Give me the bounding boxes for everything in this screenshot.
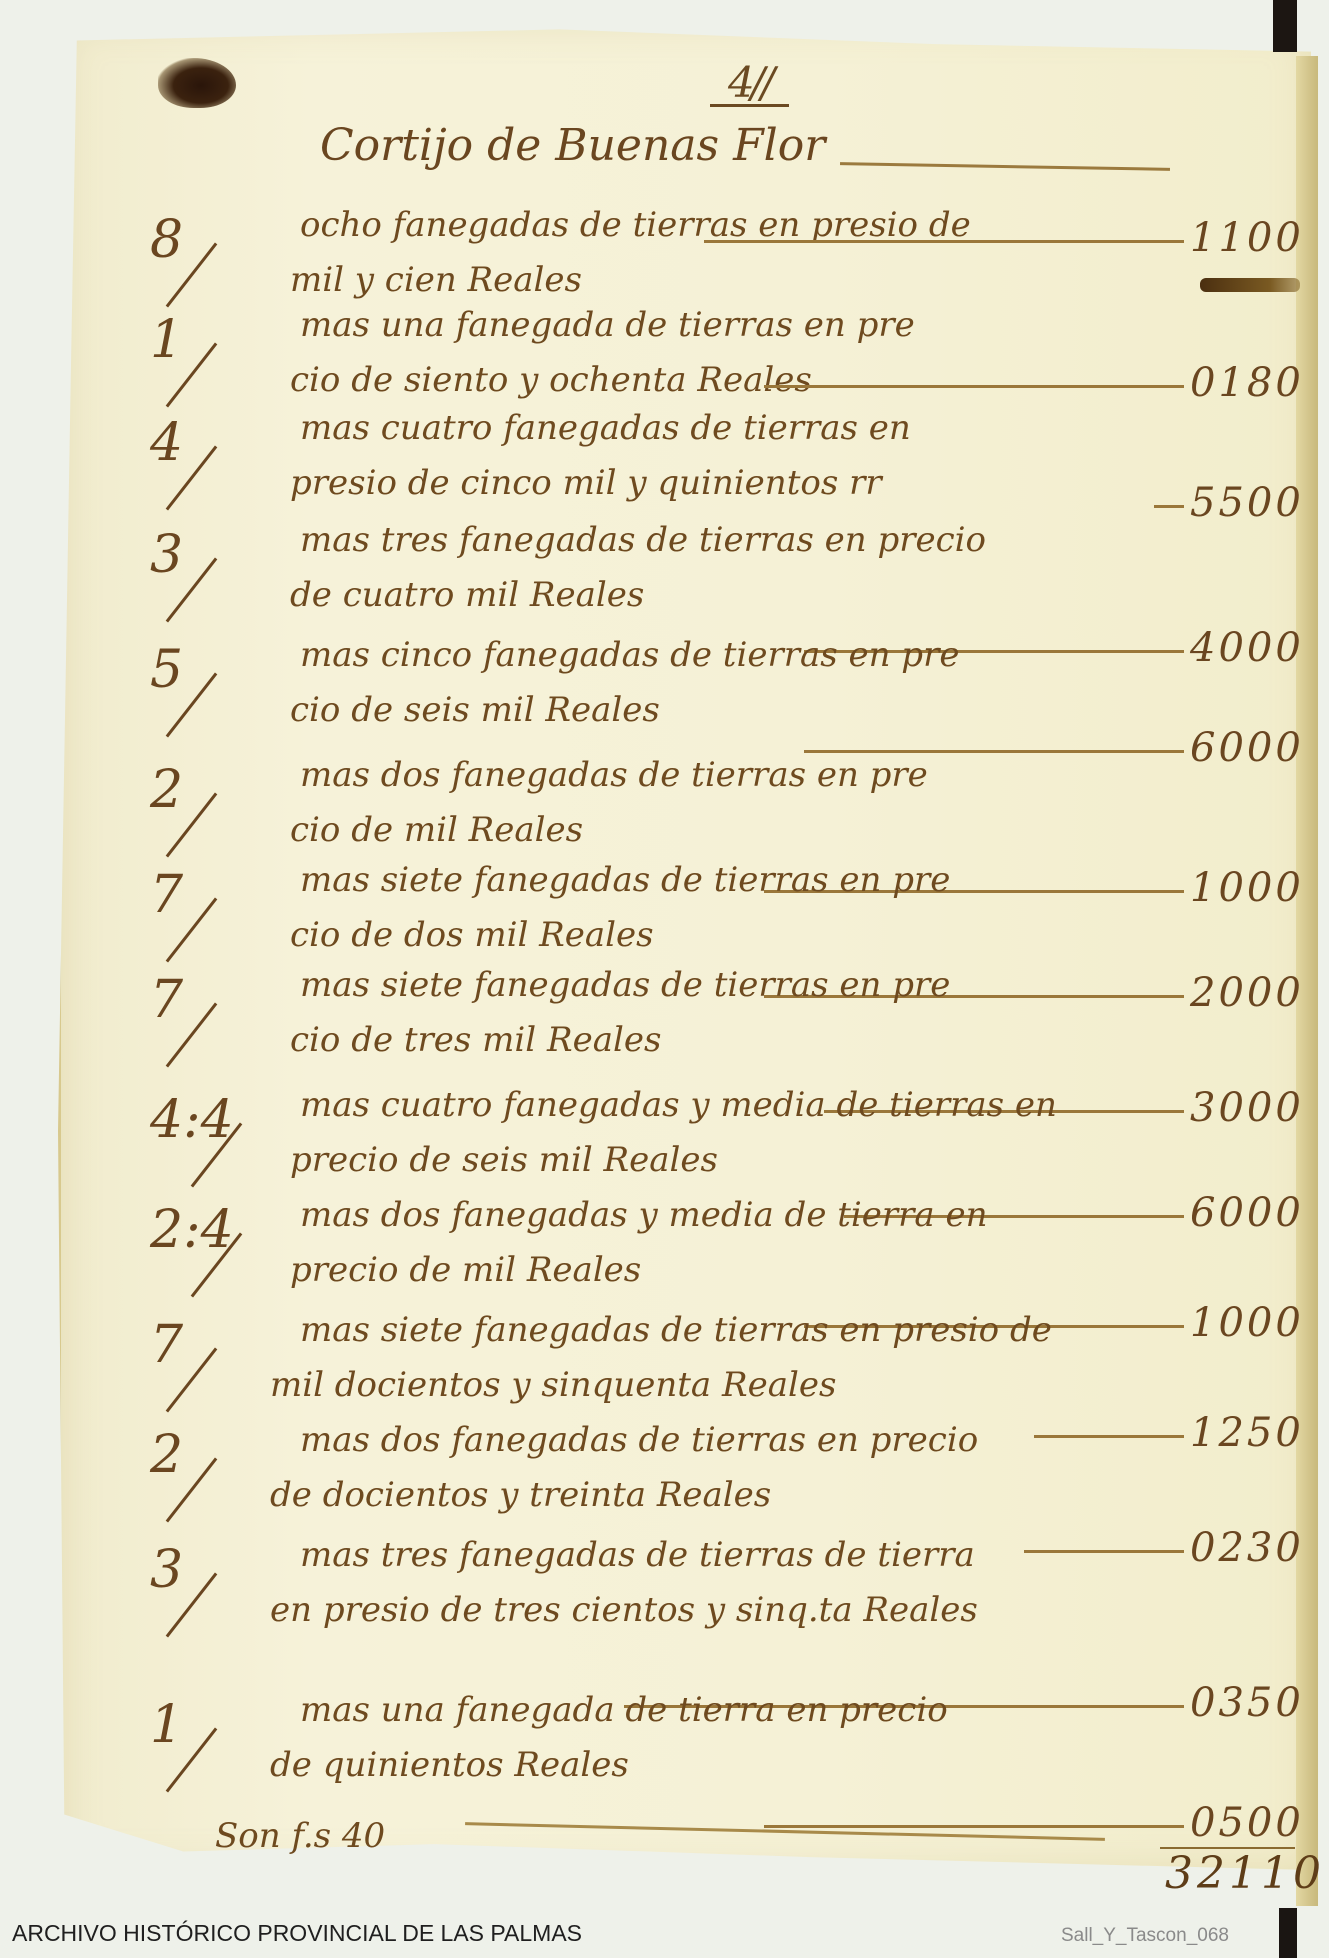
entry-amount: 0500 xyxy=(1190,1800,1304,1846)
entry-amount: 6000 xyxy=(1190,725,1304,771)
quantity: 5 xyxy=(150,640,260,700)
entry-amount: 2000 xyxy=(1190,970,1304,1016)
entry-line-1: mas cuatro fanegadas y media de tierras … xyxy=(300,1085,1057,1125)
entry-amount: 4000 xyxy=(1190,625,1304,671)
entry-line-2: de docientos y treinta Reales xyxy=(270,1475,771,1515)
entry-line-1: mas dos fanegadas de tierras en precio xyxy=(300,1420,978,1460)
struck-out-amount xyxy=(1200,278,1300,292)
entry-amount: 6000 xyxy=(1190,1190,1304,1236)
entry-amount: 1100 xyxy=(1190,215,1304,261)
entry-line-2: cio de tres mil Reales xyxy=(290,1020,661,1060)
archive-name: ARCHIVO HISTÓRICO PROVINCIAL DE LAS PALM… xyxy=(12,1920,582,1947)
entry-line-2: precio de mil Reales xyxy=(290,1250,641,1290)
entry-line-1: mas siete fanegadas de tierras en presio… xyxy=(300,1310,1052,1350)
quantity: 1 xyxy=(150,310,260,370)
quantity: 3 xyxy=(150,525,260,585)
entry-leader-line xyxy=(1154,505,1184,508)
entry-leader-line xyxy=(704,240,1184,243)
entry-line-2: de quinientos Reales xyxy=(270,1745,629,1785)
entry-line-2: mil docientos y sinquenta Reales xyxy=(270,1365,836,1405)
quantity: 2 xyxy=(150,760,260,820)
entry-amount: 1000 xyxy=(1190,1300,1304,1346)
entry-line-1: mas dos fanegadas de tierras en pre xyxy=(300,755,928,795)
entry-line-1: mas tres fanegadas de tierras de tierra xyxy=(300,1535,975,1575)
entry-line-1: mas dos fanegadas y media de tierra en xyxy=(300,1195,988,1235)
entry-leader-line xyxy=(1034,1435,1184,1438)
entry-line-2: mil y cien Reales xyxy=(290,260,582,300)
entry-leader-line xyxy=(804,750,1184,753)
entry-amount: 0180 xyxy=(1190,360,1304,406)
entry-leader-line xyxy=(764,1825,1184,1828)
entry-line-1: mas cuatro fanegadas de tierras en xyxy=(300,408,911,448)
entry-line-2: en presio de tres cientos y sinq.ta Real… xyxy=(270,1590,978,1630)
ink-blot xyxy=(158,58,236,108)
entry-leader-line xyxy=(764,385,1184,388)
entry-amount: 0350 xyxy=(1190,1680,1304,1726)
entry-line-1: mas una fanegada de tierra en precio xyxy=(300,1690,948,1730)
binding-edge-bottom xyxy=(1279,1908,1297,1958)
entry-amount: 0230 xyxy=(1190,1525,1304,1571)
quantity: 4 xyxy=(150,413,260,473)
entry-line-1: mas cinco fanegadas de tierras en pre xyxy=(300,635,959,675)
entry-line-2: cio de seis mil Reales xyxy=(290,690,660,730)
image-label: Sall_Y_Tascon_068 xyxy=(1061,1925,1229,1947)
entry-amount: 1000 xyxy=(1190,865,1304,911)
quantity: 7 xyxy=(150,865,260,925)
quantity: 7 xyxy=(150,970,260,1030)
entry-line-2: precio de seis mil Reales xyxy=(290,1140,718,1180)
entry-line-2: cio de dos mil Reales xyxy=(290,915,654,955)
entry-line-2: de cuatro mil Reales xyxy=(290,575,644,615)
folio-mark: 4// xyxy=(710,62,789,107)
entry-amount: 3000 xyxy=(1190,1085,1304,1131)
entry-line-1: mas una fanegada de tierras en pre xyxy=(300,305,915,345)
page-title: Cortijo de Buenas Flor xyxy=(320,120,825,171)
entry-line-1: mas tres fanegadas de tierras en precio xyxy=(300,520,986,560)
binding-edge-top xyxy=(1273,0,1297,52)
entry-line-2: cio de mil Reales xyxy=(290,810,583,850)
ledger-total: 32110 xyxy=(1165,1848,1325,1899)
entry-line-1: ocho fanegadas de tierras en presio de xyxy=(300,205,971,245)
total-note: Son f.s 40 xyxy=(215,1816,385,1856)
quantity: 4:4 xyxy=(150,1090,260,1150)
quantity: 2:4 xyxy=(150,1200,260,1260)
quantity: 1 xyxy=(150,1695,260,1755)
entry-line-1: mas siete fanegadas de tierras en pre xyxy=(300,860,950,900)
entry-leader-line xyxy=(1024,1550,1184,1553)
entry-amount: 5500 xyxy=(1190,480,1304,526)
entry-amount: 1250 xyxy=(1190,1410,1304,1456)
entry-line-2: presio de cinco mil y quinientos rr xyxy=(290,463,882,503)
quantity: 7 xyxy=(150,1315,260,1375)
entry-line-2: cio de siento y ochenta Reales xyxy=(290,360,812,400)
entry-line-1: mas siete fanegadas de tierras en pre xyxy=(300,965,950,1005)
quantity: 3 xyxy=(150,1540,260,1600)
quantity: 2 xyxy=(150,1425,260,1485)
quantity: 8 xyxy=(150,210,260,270)
